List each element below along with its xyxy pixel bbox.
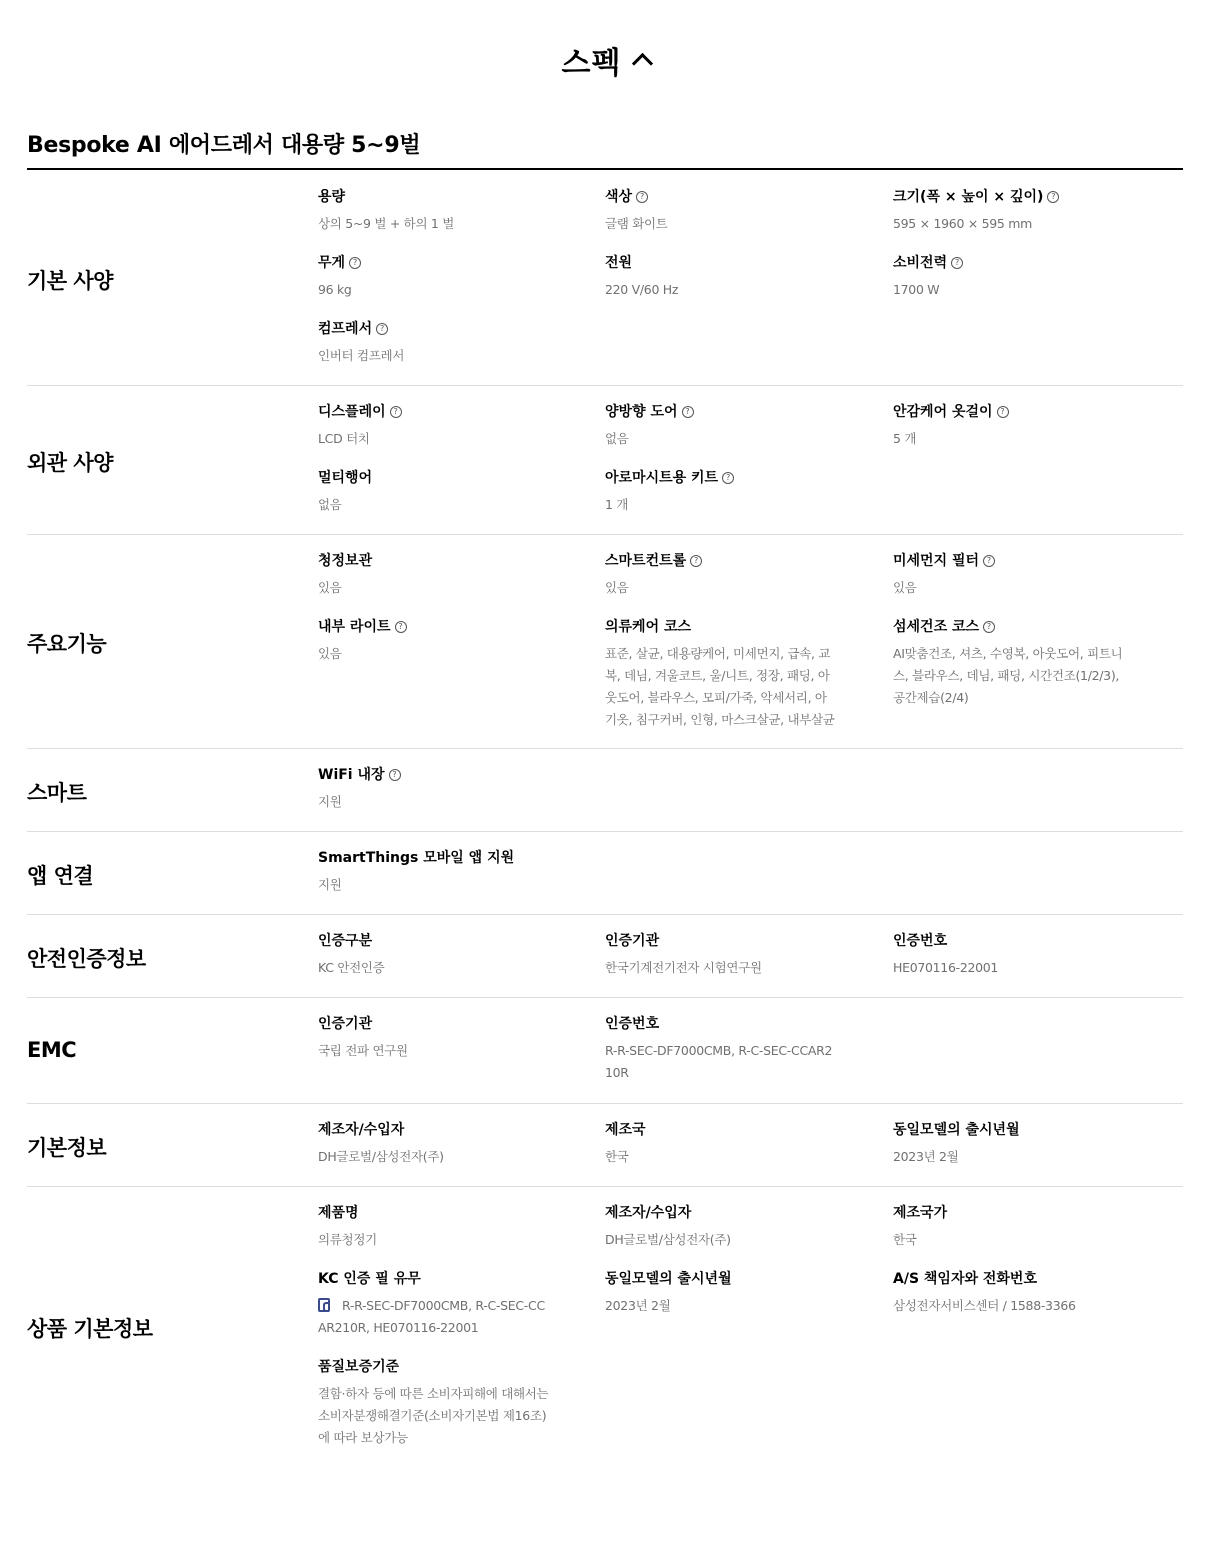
section-smart: 스마트 WiFi 내장? 지원 xyxy=(27,749,1183,832)
spec-value: R-R-SEC-DF7000CMB, R-C-SEC-CCAR210R, HE0… xyxy=(318,1298,545,1335)
spec-name: 소비전력 xyxy=(893,253,947,273)
spec-name: 인증기관 xyxy=(605,931,659,951)
spec-item: 용량 상의 5~9 벌 + 하의 1 벌 xyxy=(318,187,558,235)
spec-name: 인증구분 xyxy=(318,931,372,951)
spec-item: WiFi 내장? 지원 xyxy=(318,765,558,813)
spec-name: 인증번호 xyxy=(893,931,947,951)
spec-name: 제조자/수입자 xyxy=(605,1203,691,1223)
spec-value: LCD 터치 xyxy=(318,428,558,450)
section-label: 상품 기본정보 xyxy=(27,1313,153,1343)
spec-item: 아로마시트용 키트? 1 개 xyxy=(605,468,845,516)
spec-value: 1700 W xyxy=(893,279,1133,301)
spec-value: KC 안전인증 xyxy=(318,957,558,979)
spec-name: 청정보관 xyxy=(318,551,372,571)
spec-name: 내부 라이트 xyxy=(318,617,391,637)
spec-value: 상의 5~9 벌 + 하의 1 벌 xyxy=(318,213,558,235)
section-basic-info: 기본정보 제조자/수입자 DH글로벌/삼성전자(주) 제조국 한국 동일모델의 … xyxy=(27,1104,1183,1187)
spec-name: 색상 xyxy=(605,187,632,207)
page-title-text: 스펙 xyxy=(562,46,622,81)
spec-name: 무게 xyxy=(318,253,345,273)
spec-item: 동일모델의 출시년월 2023년 2월 xyxy=(893,1120,1133,1168)
spec-item: 무게? 96 kg xyxy=(318,253,558,301)
spec-item: 섬세건조 코스? AI맞춤건조, 셔츠, 수영복, 아웃도어, 피트니스, 블라… xyxy=(893,617,1123,709)
spec-name: 인증번호 xyxy=(605,1014,659,1034)
spec-item: A/S 책임자와 전화번호 삼성전자서비스센터 / 1588-3366 xyxy=(893,1269,1133,1317)
spec-value: 결함·하자 등에 따른 소비자피해에 대해서는 소비자분쟁해결기준(소비자기본법… xyxy=(318,1383,550,1449)
section-label: 주요기능 xyxy=(27,628,106,658)
spec-value: R-R-SEC-DF7000CMB, R-C-SEC-CCAR210R xyxy=(605,1040,837,1084)
spec-name: 품질보증기준 xyxy=(318,1357,399,1377)
spec-name: 컴프레서 xyxy=(318,319,372,339)
help-icon[interactable]: ? xyxy=(983,555,995,567)
spec-name: 아로마시트용 키트 xyxy=(605,468,718,488)
spec-item: 인증번호 R-R-SEC-DF7000CMB, R-C-SEC-CCAR210R xyxy=(605,1014,837,1084)
help-icon[interactable]: ? xyxy=(983,621,995,633)
spec-item: 색상? 글램 화이트 xyxy=(605,187,845,235)
spec-item: 디스플레이? LCD 터치 xyxy=(318,402,558,450)
spec-value: 있음 xyxy=(318,643,558,665)
section-label: EMC xyxy=(27,1038,76,1062)
section-label: 기본 사양 xyxy=(27,265,113,295)
spec-value: HE070116-22001 xyxy=(893,957,1133,979)
spec-name: 섬세건조 코스 xyxy=(893,617,979,637)
spec-item: 전원 220 V/60 Hz xyxy=(605,253,845,301)
spec-value: 한국 xyxy=(893,1229,1133,1251)
spec-value: 한국기계전기전자 시험연구원 xyxy=(605,957,845,979)
spec-item: SmartThings 모바일 앱 지원 지원 xyxy=(318,848,558,896)
spec-value: 국립 전파 연구원 xyxy=(318,1040,558,1062)
spec-item: 제조국 한국 xyxy=(605,1120,845,1168)
spec-name: 제품명 xyxy=(318,1203,359,1223)
spec-value: 2023년 2월 xyxy=(605,1295,845,1317)
spec-item: 멀티행어 없음 xyxy=(318,468,558,516)
spec-name: 인증기관 xyxy=(318,1014,372,1034)
spec-item: KC 인증 필 유무 R-R-SEC-DF7000CMB, R-C-SEC-CC… xyxy=(318,1269,550,1339)
spec-value: 있음 xyxy=(893,577,1133,599)
spec-item: 안감케어 옷걸이? 5 개 xyxy=(893,402,1133,450)
page-title[interactable]: 스펙 xyxy=(0,38,1212,82)
spec-name: WiFi 내장 xyxy=(318,765,385,785)
spec-name: 디스플레이 xyxy=(318,402,386,422)
spec-name: 제조자/수입자 xyxy=(318,1120,404,1140)
spec-name: 의류케어 코스 xyxy=(605,617,691,637)
section-label: 앱 연결 xyxy=(27,860,93,890)
spec-name: 멀티행어 xyxy=(318,468,372,488)
spec-value: 없음 xyxy=(318,494,558,516)
spec-item: 제품명 의류청정기 xyxy=(318,1203,558,1251)
spec-item: 청정보관 있음 xyxy=(318,551,558,599)
spec-value: 2023년 2월 xyxy=(893,1146,1133,1168)
spec-item: 제조국가 한국 xyxy=(893,1203,1133,1251)
help-icon[interactable]: ? xyxy=(390,406,402,418)
spec-name: 제조국 xyxy=(605,1120,646,1140)
spec-name: 스마트컨트롤 xyxy=(605,551,686,571)
section-basic-specs: 기본 사양 용량 상의 5~9 벌 + 하의 1 벌 색상? 글램 화이트 크기… xyxy=(27,170,1183,386)
spec-item: 동일모델의 출시년월 2023년 2월 xyxy=(605,1269,845,1317)
spec-value: 96 kg xyxy=(318,279,558,301)
help-icon[interactable]: ? xyxy=(349,257,361,269)
spec-name: 동일모델의 출시년월 xyxy=(893,1120,1020,1140)
help-icon[interactable]: ? xyxy=(376,323,388,335)
help-icon[interactable]: ? xyxy=(1047,191,1059,203)
spec-item: 인증기관 한국기계전기전자 시험연구원 xyxy=(605,931,845,979)
help-icon[interactable]: ? xyxy=(690,555,702,567)
help-icon[interactable]: ? xyxy=(389,769,401,781)
help-icon[interactable]: ? xyxy=(682,406,694,418)
spec-value: 표준, 살균, 대용량케어, 미세먼지, 급속, 교복, 데님, 겨울코트, 울… xyxy=(605,643,835,731)
spec-item: 내부 라이트? 있음 xyxy=(318,617,558,665)
spec-name: 동일모델의 출시년월 xyxy=(605,1269,732,1289)
spec-value: 있음 xyxy=(605,577,845,599)
spec-value: 없음 xyxy=(605,428,845,450)
spec-value: 인버터 컴프레서 xyxy=(318,345,558,367)
spec-item: 제조자/수입자 DH글로벌/삼성전자(주) xyxy=(318,1120,558,1168)
spec-value: 있음 xyxy=(318,577,558,599)
section-label: 안전인증정보 xyxy=(27,943,146,973)
spec-item: 크기(폭 × 높이 × 깊이)? 595 × 1960 × 595 mm xyxy=(893,187,1133,235)
spec-name: 미세먼지 필터 xyxy=(893,551,979,571)
spec-item: 미세먼지 필터? 있음 xyxy=(893,551,1133,599)
spec-value: 글램 화이트 xyxy=(605,213,845,235)
kc-certification-mark-icon xyxy=(318,1298,330,1312)
spec-name: KC 인증 필 유무 xyxy=(318,1269,421,1289)
spec-value: 지원 xyxy=(318,874,558,896)
section-product-basic-info: 상품 기본정보 제품명 의류청정기 제조자/수입자 DH글로벌/삼성전자(주) … xyxy=(27,1187,1183,1467)
spec-item: 인증구분 KC 안전인증 xyxy=(318,931,558,979)
section-safety-cert: 안전인증정보 인증구분 KC 안전인증 인증기관 한국기계전기전자 시험연구원 … xyxy=(27,915,1183,998)
spec-item: 스마트컨트롤? 있음 xyxy=(605,551,845,599)
spec-item: 소비전력? 1700 W xyxy=(893,253,1133,301)
spec-value: AI맞춤건조, 셔츠, 수영복, 아웃도어, 피트니스, 블라우스, 데님, 패… xyxy=(893,643,1123,709)
spec-value: 595 × 1960 × 595 mm xyxy=(893,213,1133,235)
section-label: 기본정보 xyxy=(27,1132,106,1162)
spec-name: 크기(폭 × 높이 × 깊이) xyxy=(893,187,1043,207)
spec-value: 삼성전자서비스센터 / 1588-3366 xyxy=(893,1295,1133,1317)
spec-item: 의류케어 코스 표준, 살균, 대용량케어, 미세먼지, 급속, 교복, 데님,… xyxy=(605,617,835,731)
spec-item: 인증번호 HE070116-22001 xyxy=(893,931,1133,979)
section-label: 스마트 xyxy=(27,777,86,807)
help-icon[interactable]: ? xyxy=(951,257,963,269)
spec-name: 전원 xyxy=(605,253,632,273)
spec-value: 1 개 xyxy=(605,494,845,516)
spec-item: 컴프레서? 인버터 컴프레서 xyxy=(318,319,558,367)
spec-item: 품질보증기준 결함·하자 등에 따른 소비자피해에 대해서는 소비자분쟁해결기준… xyxy=(318,1357,550,1449)
product-title: Bespoke AI 에어드레서 대용량 5~9벌 xyxy=(27,128,420,159)
spec-name: SmartThings 모바일 앱 지원 xyxy=(318,848,514,868)
spec-value: 220 V/60 Hz xyxy=(605,279,845,301)
spec-name: 양방향 도어 xyxy=(605,402,678,422)
spec-value: 지원 xyxy=(318,791,558,813)
spec-name: 안감케어 옷걸이 xyxy=(893,402,993,422)
spec-name: 용량 xyxy=(318,187,345,207)
section-emc: EMC 인증기관 국립 전파 연구원 인증번호 R-R-SEC-DF7000CM… xyxy=(27,998,1183,1104)
spec-value: 5 개 xyxy=(893,428,1133,450)
spec-item: 제조자/수입자 DH글로벌/삼성전자(주) xyxy=(605,1203,845,1251)
spec-value: 한국 xyxy=(605,1146,845,1168)
spec-value: 의류청정기 xyxy=(318,1229,558,1251)
spec-value: DH글로벌/삼성전자(주) xyxy=(605,1229,845,1251)
spec-name: 제조국가 xyxy=(893,1203,947,1223)
help-icon[interactable]: ? xyxy=(722,472,734,484)
help-icon[interactable]: ? xyxy=(997,406,1009,418)
section-app-connect: 앱 연결 SmartThings 모바일 앱 지원 지원 xyxy=(27,832,1183,915)
section-label: 외관 사양 xyxy=(27,447,113,477)
help-icon[interactable]: ? xyxy=(636,191,648,203)
spec-name: A/S 책임자와 전화번호 xyxy=(893,1269,1037,1289)
section-exterior-specs: 외관 사양 디스플레이? LCD 터치 양방향 도어? 없음 안감케어 옷걸이?… xyxy=(27,386,1183,535)
chevron-up-icon[interactable] xyxy=(632,53,653,74)
spec-value: DH글로벌/삼성전자(주) xyxy=(318,1146,558,1168)
spec-item: 양방향 도어? 없음 xyxy=(605,402,845,450)
help-icon[interactable]: ? xyxy=(395,621,407,633)
section-key-features: 주요기능 청정보관 있음 스마트컨트롤? 있음 미세먼지 필터? 있음 내부 라… xyxy=(27,535,1183,749)
spec-item: 인증기관 국립 전파 연구원 xyxy=(318,1014,558,1062)
